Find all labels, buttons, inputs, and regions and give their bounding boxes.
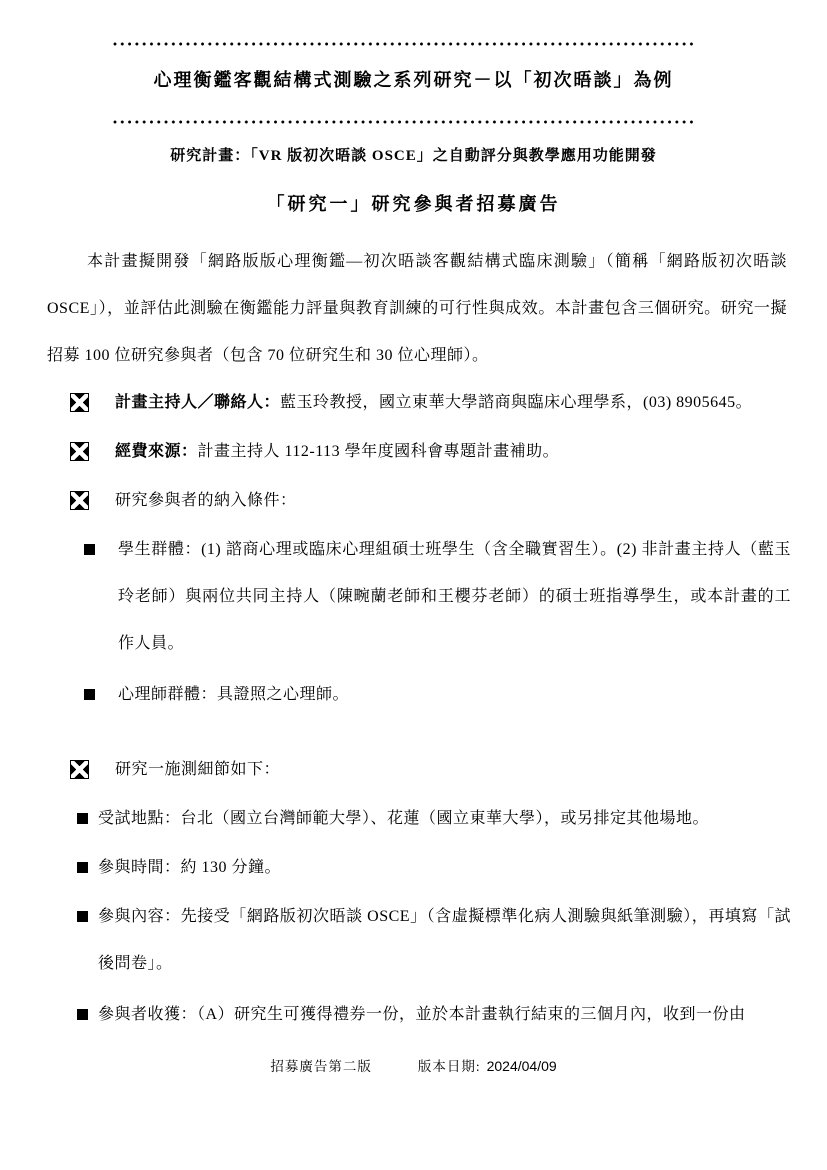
- square-bullet-icon: [77, 991, 98, 1038]
- square-bullet-icon: [77, 844, 98, 891]
- page-footer: 招募廣告第二版版本日期:2024/04/09: [0, 1056, 827, 1077]
- list-item-text: 研究一施測細節如下：: [115, 746, 791, 793]
- square-bullet-icon: [77, 893, 98, 940]
- list-item-participation-time: 參與時間：約 130 分鐘。: [77, 844, 791, 891]
- list-item-inclusion-criteria: 研究參與者的納入條件：: [71, 477, 791, 524]
- list-item-text: 計畫主持人／聯絡人：藍玉玲教授，國立東華大學諮商與臨床心理學系，(03) 890…: [115, 379, 791, 426]
- square-bullet-icon: [84, 671, 118, 718]
- list-item-text: 參與時間：約 130 分鐘。: [98, 844, 791, 891]
- item-value: 藍玉玲教授，國立東華大學諮商與臨床心理學系，(03) 8905645。: [280, 394, 752, 411]
- dotted-divider-top: [113, 42, 694, 46]
- ornament-bullet-icon: [71, 379, 115, 426]
- list-item-text: 心理師群體：具證照之心理師。: [118, 671, 791, 718]
- list-item-text: 參與者收獲：（A）研究生可獲得禮券一份，並於本計畫執行結束的三個月內，收到一份由: [98, 991, 791, 1038]
- list-item-test-location: 受試地點：台北（國立台灣師範大學）、花蓮（國立東華大學），或另排定其他場地。: [77, 795, 791, 842]
- list-item-text: 學生群體：(1) 諮商心理或臨床心理組碩士班學生（含全職實習生）。(2) 非計畫…: [118, 526, 791, 667]
- ornament-bullet-icon: [71, 428, 115, 475]
- list-item-principal-investigator: 計畫主持人／聯絡人：藍玉玲教授，國立東華大學諮商與臨床心理學系，(03) 890…: [71, 379, 791, 426]
- item-label: 經費來源：: [115, 443, 198, 460]
- ornament-bullet-icon: [71, 477, 115, 524]
- list-item-participant-rewards: 參與者收獲：（A）研究生可獲得禮券一份，並於本計畫執行結束的三個月內，收到一份由: [77, 991, 791, 1038]
- page-title: 心理衡鑑客觀結構式測驗之系列研究－以「初次晤談」為例: [0, 66, 827, 94]
- footer-date-label: 版本日期:: [418, 1059, 481, 1074]
- footer-version-text: 招募廣告第二版: [270, 1059, 372, 1074]
- list-item-psychologist-group: 心理師群體：具證照之心理師。: [84, 671, 791, 718]
- list-item-text: 受試地點：台北（國立台灣師範大學）、花蓮（國立東華大學），或另排定其他場地。: [98, 795, 791, 842]
- item-value: 研究參與者的納入條件：: [115, 492, 297, 509]
- list-item-student-group: 學生群體：(1) 諮商心理或臨床心理組碩士班學生（含全職實習生）。(2) 非計畫…: [84, 526, 791, 669]
- list-item-details-header: 研究一施測細節如下：: [71, 746, 791, 793]
- document-page: 心理衡鑑客觀結構式測驗之系列研究－以「初次晤談」為例 研究計畫：「VR 版初次晤…: [0, 0, 827, 1170]
- intro-paragraph: 本計畫擬開發「網路版版心理衡鑑—初次晤談客觀結構式臨床測驗」（簡稱「網路版初次晤…: [47, 238, 787, 379]
- square-bullet-icon: [77, 795, 98, 842]
- list-item-funding-source: 經費來源：計畫主持人 112-113 學年度國科會專題計畫補助。: [71, 428, 791, 475]
- dotted-divider-bottom: [113, 120, 694, 124]
- blank-line-spacer: [0, 720, 827, 746]
- list-item-text: 參與內容：先接受「網路版初次晤談 OSCE」（含虛擬標準化病人測驗與紙筆測驗），…: [98, 893, 791, 987]
- ornament-bullet-icon: [71, 746, 115, 793]
- section-heading: 「研究一」研究參與者招募廣告: [0, 190, 827, 218]
- project-subtitle: 研究計畫：「VR 版初次晤談 OSCE」之自動評分與教學應用功能開發: [0, 144, 827, 168]
- item-label: 計畫主持人／聯絡人：: [115, 394, 280, 411]
- list-item-text: 研究參與者的納入條件：: [115, 477, 791, 524]
- list-item-text: 經費來源：計畫主持人 112-113 學年度國科會專題計畫補助。: [115, 428, 791, 475]
- list-item-participation-content: 參與內容：先接受「網路版初次晤談 OSCE」（含虛擬標準化病人測驗與紙筆測驗），…: [77, 893, 791, 989]
- square-bullet-icon: [84, 526, 118, 573]
- item-value: 計畫主持人 112-113 學年度國科會專題計畫補助。: [198, 443, 560, 460]
- footer-date-value: 2024/04/09: [487, 1058, 557, 1074]
